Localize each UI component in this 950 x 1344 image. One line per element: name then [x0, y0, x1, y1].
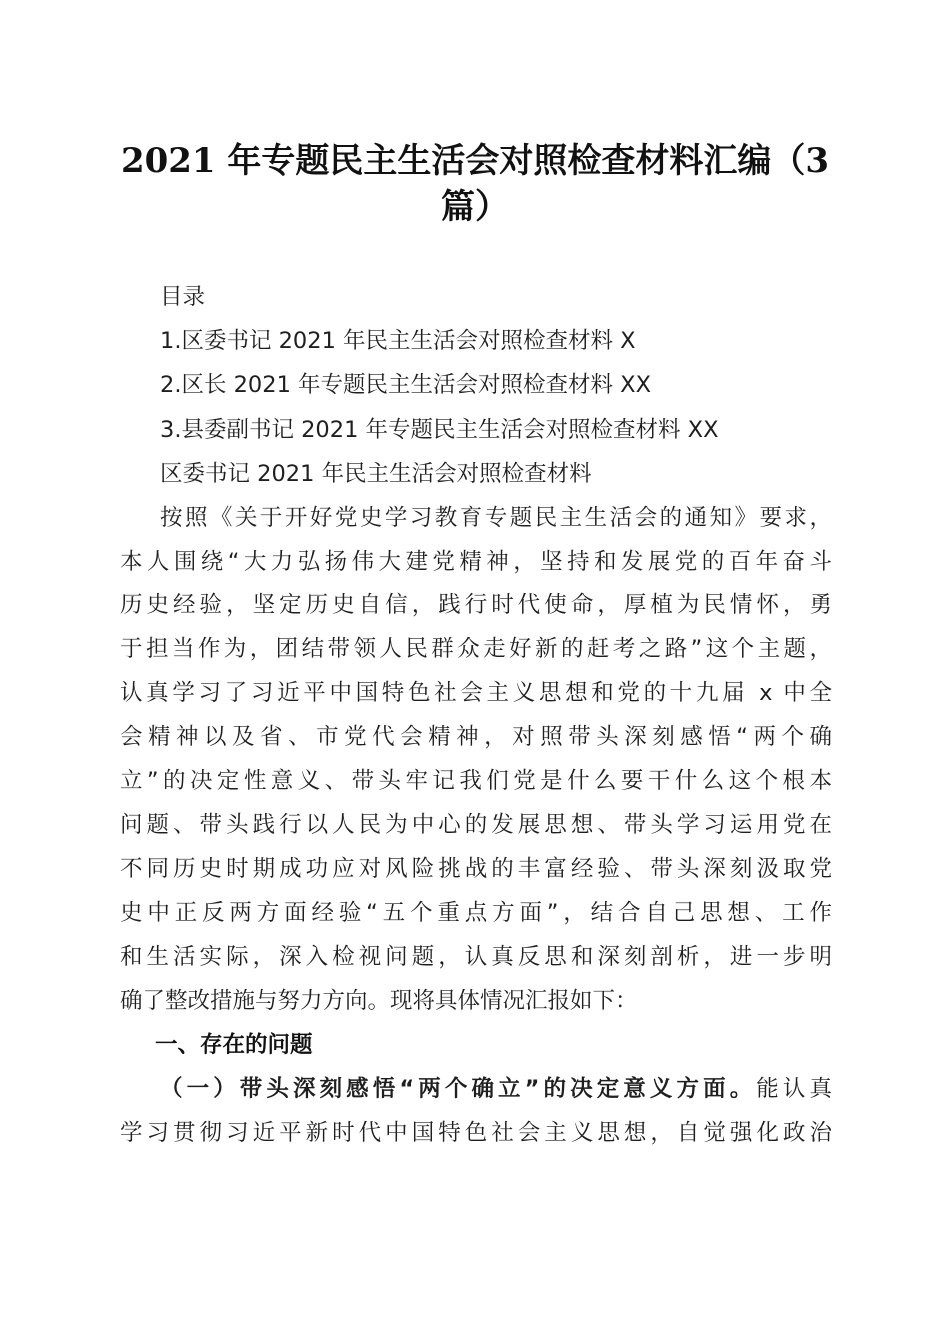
paragraph-line: 立”的决定性意义、带头牢记我们党是什么要干什么这个根本 [120, 766, 832, 796]
paragraph-line: 学习贯彻习近平新时代中国特色社会主义思想，自觉强化政治 [120, 1118, 832, 1148]
paragraph-line: 会精神以及省、市党代会精神，对照带头深刻感悟“两个确 [120, 722, 832, 752]
toc-heading: 目录 [160, 282, 832, 312]
toc-item-1: 1.区委书记 2021 年民主生活会对照检查材料 X [160, 326, 832, 356]
toc-item-3: 3.县委副书记 2021 年专题民主生活会对照检查材料 XX [160, 415, 832, 445]
title-line-1: 2021 年专题民主生活会对照检查材料汇编（3 [110, 138, 840, 184]
subsection-first-line: （一）带头深刻感悟“两个确立”的决定意义方面。能认真 [160, 1074, 832, 1104]
title-line-2: 篇） [110, 184, 840, 230]
paragraph-line: 史中正反两方面经验“五个重点方面”，结合自己思想、工作 [120, 898, 832, 928]
document-title: 2021 年专题民主生活会对照检查材料汇编（3 篇） [110, 138, 840, 230]
paragraph-line: 本人围绕“大力弘扬伟大建党精神，坚持和发展党的百年奋斗 [120, 547, 832, 577]
article-title: 区委书记 2021 年民主生活会对照检查材料 [160, 459, 832, 489]
paragraph-line: 确了整改措施与努力方向。现将具体情况汇报如下： [120, 986, 832, 1016]
paragraph-line: 于担当作为，团结带领人民群众走好新的赶考之路”这个主题， [120, 634, 832, 664]
section-heading: 一、存在的问题 [155, 1030, 313, 1060]
toc-item-2: 2.区长 2021 年专题民主生活会对照检查材料 XX [160, 370, 832, 400]
paragraph-line: 历史经验，坚定历史自信，践行时代使命，厚植为民情怀，勇 [120, 590, 832, 620]
paragraph-line: 认真学习了习近平中国特色社会主义思想和党的十九届 x 中全 [120, 678, 832, 708]
paragraph-line: 按照《关于开好党史学习教育专题民主生活会的通知》要求， [160, 503, 832, 533]
document-page: 2021 年专题民主生活会对照检查材料汇编（3 篇） 目录 1.区委书记 202… [0, 0, 950, 1344]
subsection-label: （一）带头深刻感悟“两个确立”的决定意义方面。 [160, 1076, 756, 1102]
paragraph-line: 和生活实际，深入检视问题，认真反思和深刻剖析，进一步明 [120, 942, 832, 972]
paragraph-line: 不同历史时期成功应对风险挑战的丰富经验、带头深刻汲取党 [120, 854, 832, 884]
paragraph-line: 问题、带头践行以人民为中心的发展思想、带头学习运用党在 [120, 810, 832, 840]
subsection-text: 能认真 [756, 1076, 832, 1102]
